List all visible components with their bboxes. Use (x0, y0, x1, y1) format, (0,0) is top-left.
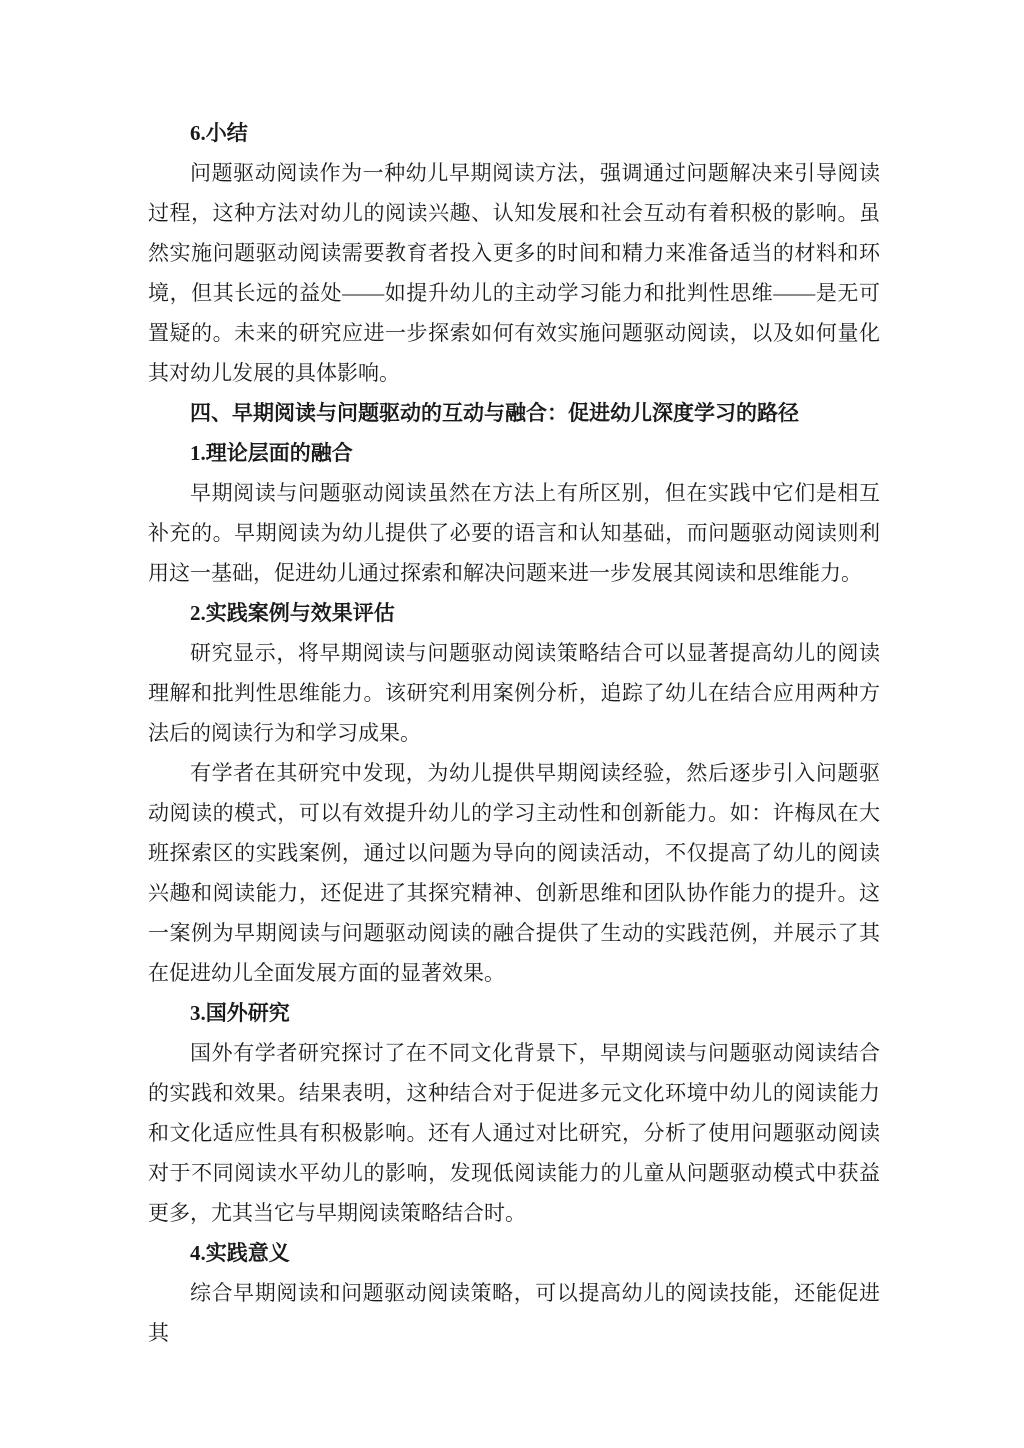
heading-summary: 6.小结 (148, 113, 880, 153)
heading-section-four: 四、早期阅读与问题驱动的互动与融合：促进幼儿深度学习的路径 (148, 393, 880, 433)
paragraph-summary: 问题驱动阅读作为一种幼儿早期阅读方法，强调通过问题解决来引导阅读过程，这种方法对… (148, 153, 880, 393)
heading-practice-cases: 2.实践案例与效果评估 (148, 593, 880, 633)
heading-theoretical-integration: 1.理论层面的融合 (148, 433, 880, 473)
heading-practical-significance: 4.实践意义 (148, 1233, 880, 1273)
paragraph-practice-cases-1: 研究显示，将早期阅读与问题驱动阅读策略结合可以显著提高幼儿的阅读理解和批判性思维… (148, 633, 880, 753)
paragraph-practice-cases-2: 有学者在其研究中发现，为幼儿提供早期阅读经验，然后逐步引入问题驱动阅读的模式，可… (148, 753, 880, 993)
paragraph-theoretical-integration: 早期阅读与问题驱动阅读虽然在方法上有所区别，但在实践中它们是相互补充的。早期阅读… (148, 473, 880, 593)
document-body: 6.小结 问题驱动阅读作为一种幼儿早期阅读方法，强调通过问题解决来引导阅读过程，… (148, 113, 880, 1353)
paragraph-practical-significance: 综合早期阅读和问题驱动阅读策略，可以提高幼儿的阅读技能，还能促进其 (148, 1273, 880, 1353)
heading-foreign-research: 3.国外研究 (148, 993, 880, 1033)
paragraph-foreign-research: 国外有学者研究探讨了在不同文化背景下，早期阅读与问题驱动阅读结合的实践和效果。结… (148, 1033, 880, 1233)
document-page: 6.小结 问题驱动阅读作为一种幼儿早期阅读方法，强调通过问题解决来引导阅读过程，… (0, 0, 1024, 1448)
